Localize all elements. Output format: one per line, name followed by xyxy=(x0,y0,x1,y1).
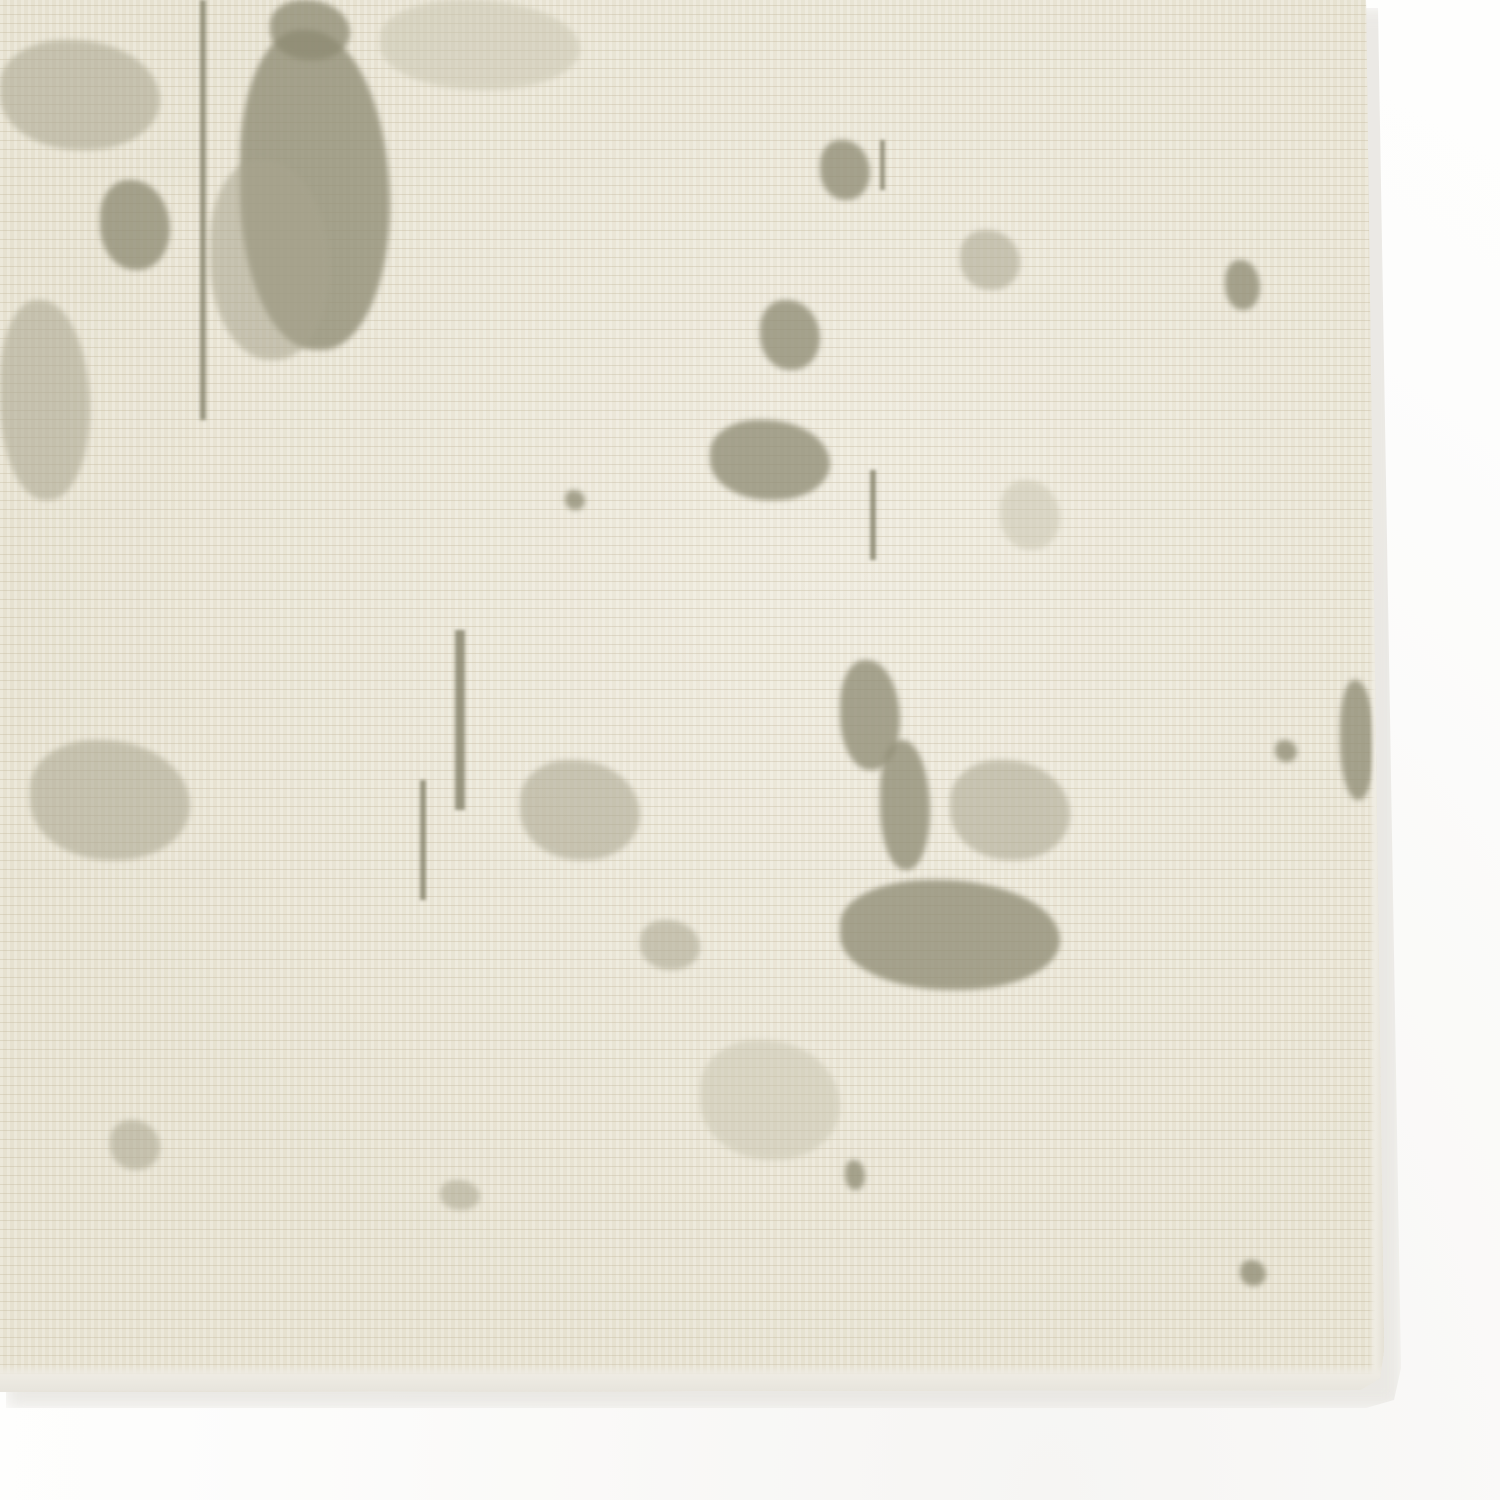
rug-motif xyxy=(845,1160,865,1190)
rug-motif xyxy=(1240,1260,1266,1286)
rug-motif xyxy=(110,1120,160,1170)
rug-motif xyxy=(30,740,190,860)
rug-motif xyxy=(420,780,426,900)
rug-motif xyxy=(1275,740,1297,762)
rug-motif xyxy=(200,0,206,420)
rug-motif xyxy=(640,920,700,970)
rug-motif xyxy=(0,300,90,500)
rug-motif xyxy=(700,1040,840,1160)
rug-motif xyxy=(710,420,830,500)
rug-motif xyxy=(950,760,1070,860)
rug-motif xyxy=(880,740,930,870)
rug-motif xyxy=(960,230,1020,290)
rug-motif xyxy=(380,0,580,90)
rug-motif xyxy=(100,180,170,270)
rug-motif xyxy=(270,0,350,60)
rug-motif xyxy=(520,760,640,860)
rug-motif xyxy=(440,1180,480,1210)
rug-motif xyxy=(1000,480,1060,550)
rug-motif xyxy=(565,490,585,510)
rug-motif xyxy=(455,630,465,810)
rug-motif xyxy=(0,40,160,150)
rug-motif xyxy=(840,880,1060,990)
rug-motif xyxy=(870,470,876,560)
rug-motif xyxy=(1225,260,1260,310)
rug-motif xyxy=(880,140,885,190)
rug-edge-binding xyxy=(0,1364,1385,1392)
rug-motif xyxy=(820,140,870,200)
rug-corner xyxy=(0,0,1385,1392)
rug-motif xyxy=(760,300,820,370)
